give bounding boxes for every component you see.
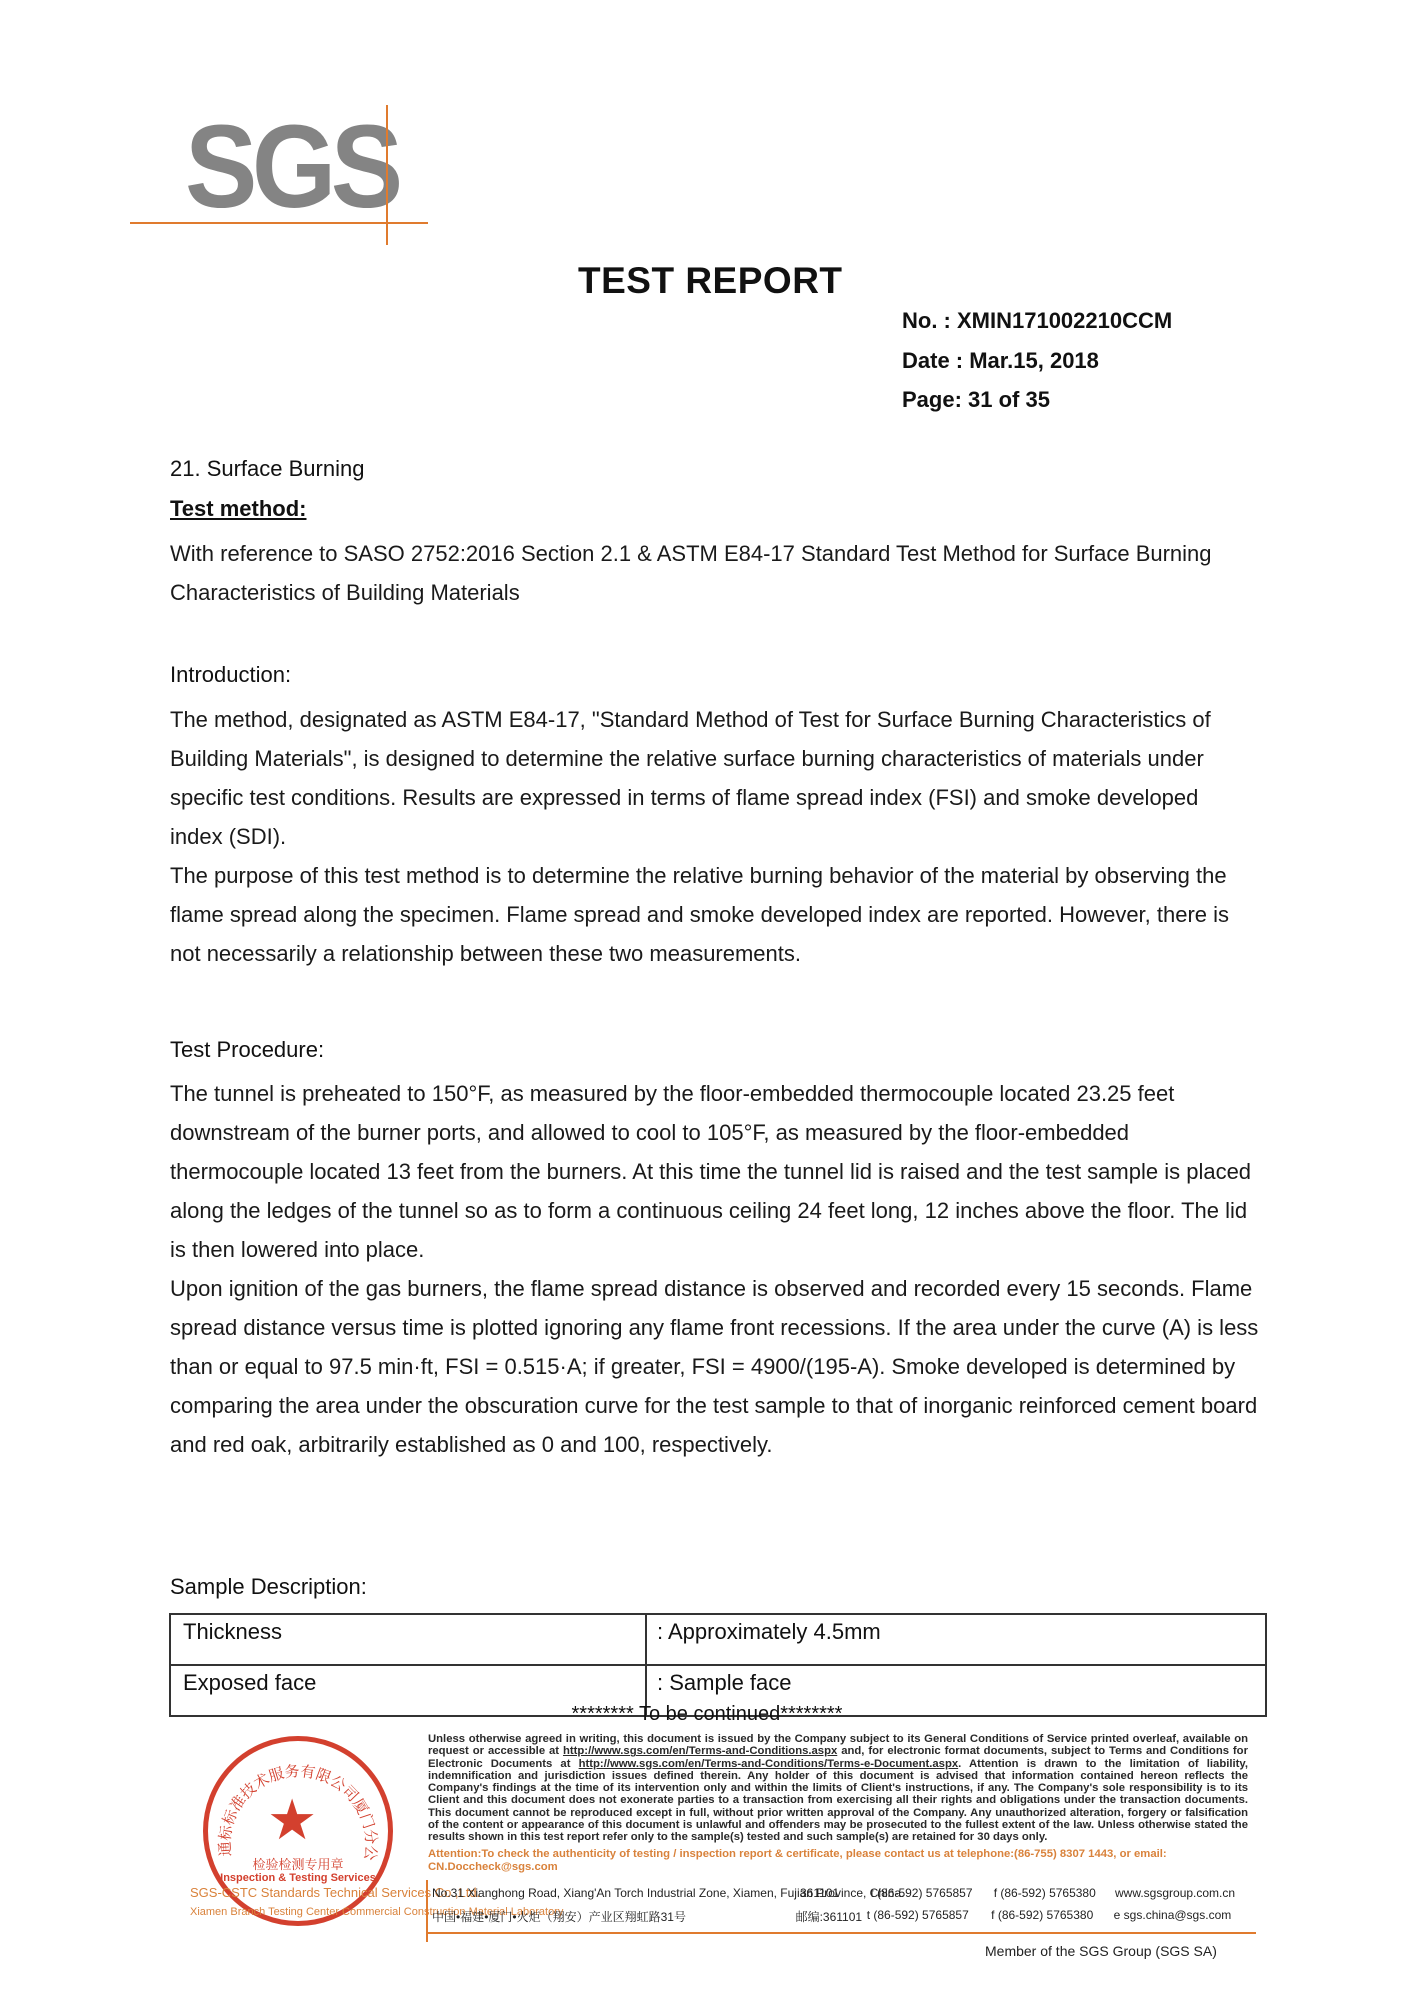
test-method-text: With reference to SASO 2752:2016 Section… bbox=[170, 534, 1250, 612]
introduction-label: Introduction: bbox=[170, 662, 291, 688]
email-link[interactable]: e sgs.china@sgs.com bbox=[1114, 1908, 1252, 1925]
address-english: No.31 Xianghong Road, Xiang'An Torch Ind… bbox=[432, 1886, 1252, 1900]
address-line: No.31 Xianghong Road, Xiang'An Torch Ind… bbox=[432, 1886, 800, 1900]
logo-horizontal-rule bbox=[130, 222, 428, 224]
sample-value: : Approximately 4.5mm bbox=[646, 1614, 1266, 1665]
telephone: t (86-592) 5765857 bbox=[867, 1908, 991, 1925]
sample-description-table: Thickness : Approximately 4.5mm Exposed … bbox=[169, 1613, 1267, 1717]
disclaimer-text: . Attention is drawn to the limitation o… bbox=[428, 1758, 1248, 1844]
postcode: 邮编:361101 bbox=[796, 1908, 867, 1925]
star-icon: ★ bbox=[267, 1792, 317, 1848]
introduction-text: The method, designated as ASTM E84-17, "… bbox=[170, 700, 1240, 973]
stamp-english-label: Inspection & Testing Services bbox=[203, 1872, 393, 1884]
intro-paragraph: The method, designated as ASTM E84-17, "… bbox=[170, 700, 1240, 856]
test-procedure-text: The tunnel is preheated to 150°F, as mea… bbox=[170, 1074, 1260, 1464]
test-procedure-label: Test Procedure: bbox=[170, 1037, 324, 1063]
telephone: t (86-592) 5765857 bbox=[870, 1886, 993, 1900]
terms-link[interactable]: http://www.sgs.com/en/Terms-and-Conditio… bbox=[563, 1745, 837, 1757]
postcode: 361101 bbox=[800, 1886, 870, 1900]
test-method-label: Test method: bbox=[170, 496, 306, 522]
sample-key: Thickness bbox=[170, 1614, 646, 1665]
sample-description-label: Sample Description: bbox=[170, 1574, 367, 1600]
procedure-paragraph: The tunnel is preheated to 150°F, as mea… bbox=[170, 1074, 1260, 1269]
continued-marker: ******** To be continued******** bbox=[0, 1703, 1414, 1726]
logo-text: SGS bbox=[185, 108, 398, 226]
member-statement: Member of the SGS Group (SGS SA) bbox=[985, 1943, 1217, 1959]
report-date: Date : Mar.15, 2018 bbox=[902, 348, 1099, 374]
table-row: Thickness : Approximately 4.5mm bbox=[170, 1614, 1266, 1665]
e-document-terms-link[interactable]: http://www.sgs.com/en/Terms-and-Conditio… bbox=[579, 1758, 959, 1770]
address-line: 中国•福建•厦门•火炬（翔安）产业区翔虹路31号 bbox=[432, 1908, 796, 1925]
authenticity-notice: Attention:To check the authenticity of t… bbox=[428, 1848, 1248, 1874]
address-chinese: 中国•福建•厦门•火炬（翔安）产业区翔虹路31号 邮编:361101 t (86… bbox=[432, 1908, 1252, 1925]
fax: f (86-592) 5765380 bbox=[991, 1908, 1114, 1925]
section-title: 21. Surface Burning bbox=[170, 456, 364, 482]
stamp-chinese-label: 检验检测专用章 bbox=[203, 1854, 393, 1873]
legal-disclaimer: Unless otherwise agreed in writing, this… bbox=[428, 1733, 1248, 1844]
footer-rule bbox=[426, 1932, 1256, 1934]
sgs-logo: SGS bbox=[128, 100, 448, 250]
fax: f (86-592) 5765380 bbox=[994, 1886, 1115, 1900]
website-link[interactable]: www.sgsgroup.com.cn bbox=[1115, 1886, 1252, 1900]
intro-paragraph: The purpose of this test method is to de… bbox=[170, 856, 1240, 973]
logo-vertical-rule bbox=[386, 105, 388, 245]
report-number: No. : XMIN171002210CCM bbox=[902, 308, 1172, 334]
report-title: TEST REPORT bbox=[578, 260, 843, 302]
page-number: Page: 31 of 35 bbox=[902, 387, 1050, 413]
procedure-paragraph: Upon ignition of the gas burners, the fl… bbox=[170, 1269, 1260, 1464]
